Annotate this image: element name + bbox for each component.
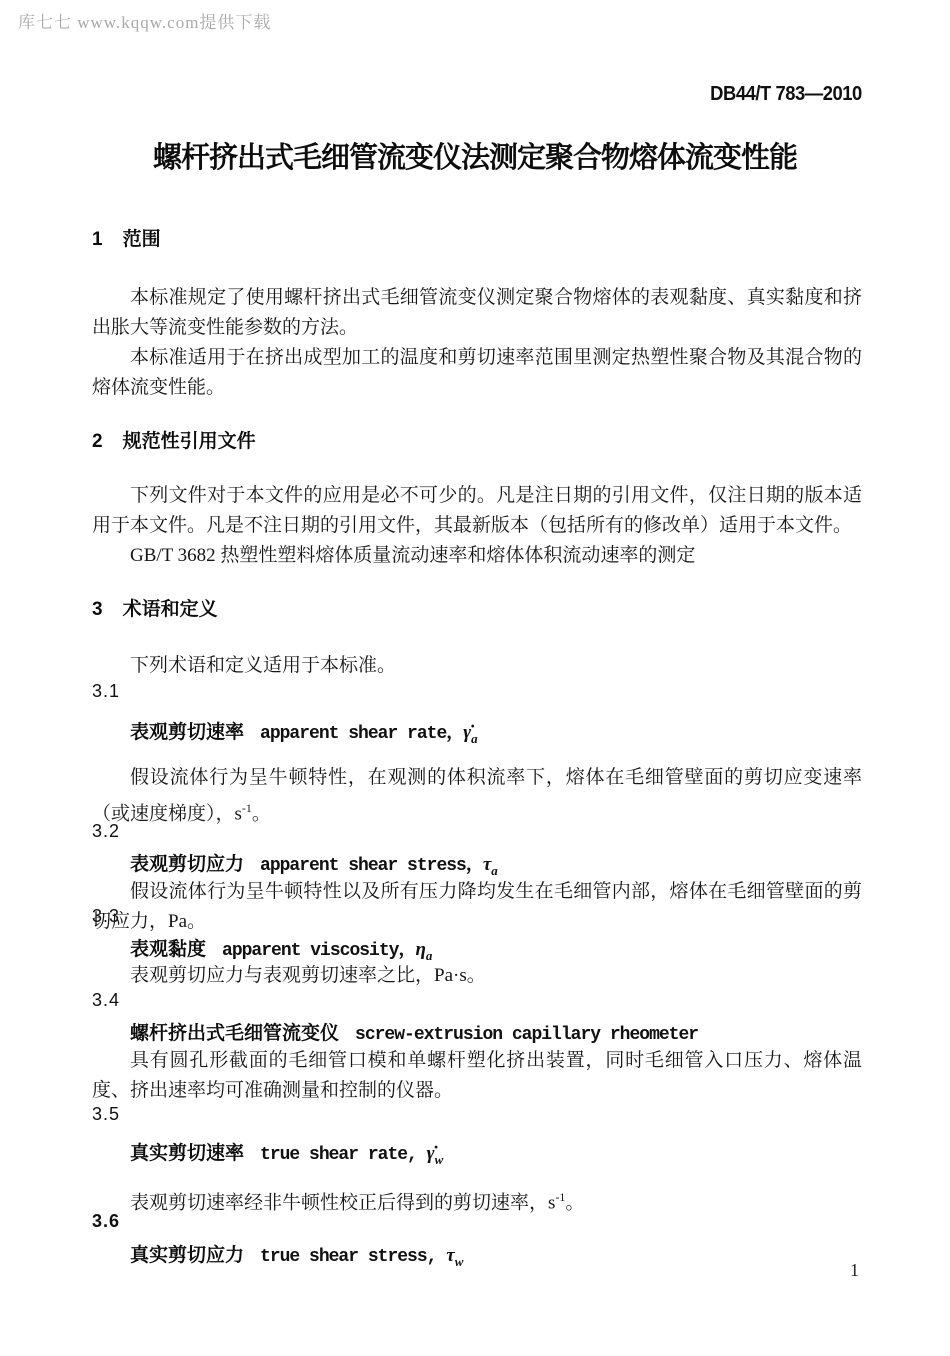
section-3-intro: 下列术语和定义适用于本标准。 (92, 651, 862, 681)
term-english: apparent viscosity， (222, 941, 415, 961)
term-chinese: 表观剪切速率 (130, 722, 244, 743)
term-chinese: 表观剪切应力 (130, 854, 244, 875)
term-english: true shear rate, (260, 1145, 427, 1165)
term-3-1: 表观剪切速率apparent shear rate，γ̇a (92, 716, 900, 756)
term-3-4-definition: 具有圆孔形截面的毛细管口模和单螺杆塑化挤出装置，同时毛细管入口压力、熔体温度、挤… (92, 1046, 862, 1106)
term-number-3-4: 3.4 (92, 989, 862, 1011)
term-symbol: τw (446, 1245, 463, 1266)
standard-code: DB44/T 783—2010 (710, 83, 862, 106)
section-number: 2 (92, 430, 103, 454)
term-symbol: γ̇w (427, 1143, 444, 1164)
term-3-5: 真实剪切速率true shear rate, γ̇w (92, 1137, 900, 1177)
document-page: 库七七 www.kqqw.com提供下载 DB44/T 783—2010 螺杆挤… (0, 0, 950, 1356)
term-number-3-3: 3.3 (92, 905, 862, 927)
term-english: screw-extrusion capillary rheometer (355, 1025, 698, 1045)
term-chinese: 真实剪切速率 (130, 1143, 244, 1164)
term-number-3-2: 3.2 (92, 820, 862, 842)
term-chinese: 真实剪切应力 (130, 1245, 244, 1266)
section-number: 1 (92, 228, 103, 252)
section-3-heading: 3术语和定义 (92, 598, 862, 622)
normative-reference: GB/T 3682 热塑性塑料熔体质量流动速率和熔体体积流动速率的测定 (92, 541, 862, 571)
term-number-3-5: 3.5 (92, 1103, 862, 1125)
term-symbol: γ̇a (463, 722, 477, 743)
section-1-heading: 1范围 (92, 228, 862, 252)
section-title: 规范性引用文件 (123, 431, 256, 452)
section-number: 3 (92, 598, 103, 622)
section-2-heading: 2规范性引用文件 (92, 430, 862, 454)
section-title: 术语和定义 (123, 599, 218, 620)
section-1-paragraph-2: 本标准适用于在挤出成型加工的温度和剪切速率范围里测定热塑性聚合物及其混合物的熔体… (92, 343, 862, 403)
term-english: true shear stress, (260, 1247, 446, 1267)
term-3-3-definition: 表观剪切应力与表观剪切速率之比，Pa·s。 (92, 961, 862, 991)
term-number-3-1: 3.1 (92, 680, 862, 702)
page-number: 1 (850, 1260, 859, 1281)
section-title: 范围 (123, 229, 161, 250)
term-chinese: 表观黏度 (130, 939, 206, 960)
section-2-paragraph-1: 下列文件对于本文件的应用是必不可少的。凡是注日期的引用文件，仅注日期的版本适用于… (92, 481, 862, 541)
term-3-6: 真实剪切应力true shear stress, τw (92, 1239, 900, 1279)
term-number-3-6: 3.6 (92, 1210, 862, 1232)
document-title: 螺杆挤出式毛细管流变仪法测定聚合物熔体流变性能 (0, 135, 950, 176)
section-1-paragraph-1: 本标准规定了使用螺杆挤出式毛细管流变仪测定聚合物熔体的表观黏度、真实黏度和挤出胀… (92, 283, 862, 343)
term-symbol: τa (483, 854, 498, 875)
term-symbol: ηa (415, 939, 432, 960)
term-english: apparent shear stress， (260, 856, 483, 876)
term-chinese: 螺杆挤出式毛细管流变仪 (130, 1023, 339, 1044)
watermark-text: 库七七 www.kqqw.com提供下载 (18, 8, 271, 33)
term-english: apparent shear rate， (260, 724, 463, 744)
